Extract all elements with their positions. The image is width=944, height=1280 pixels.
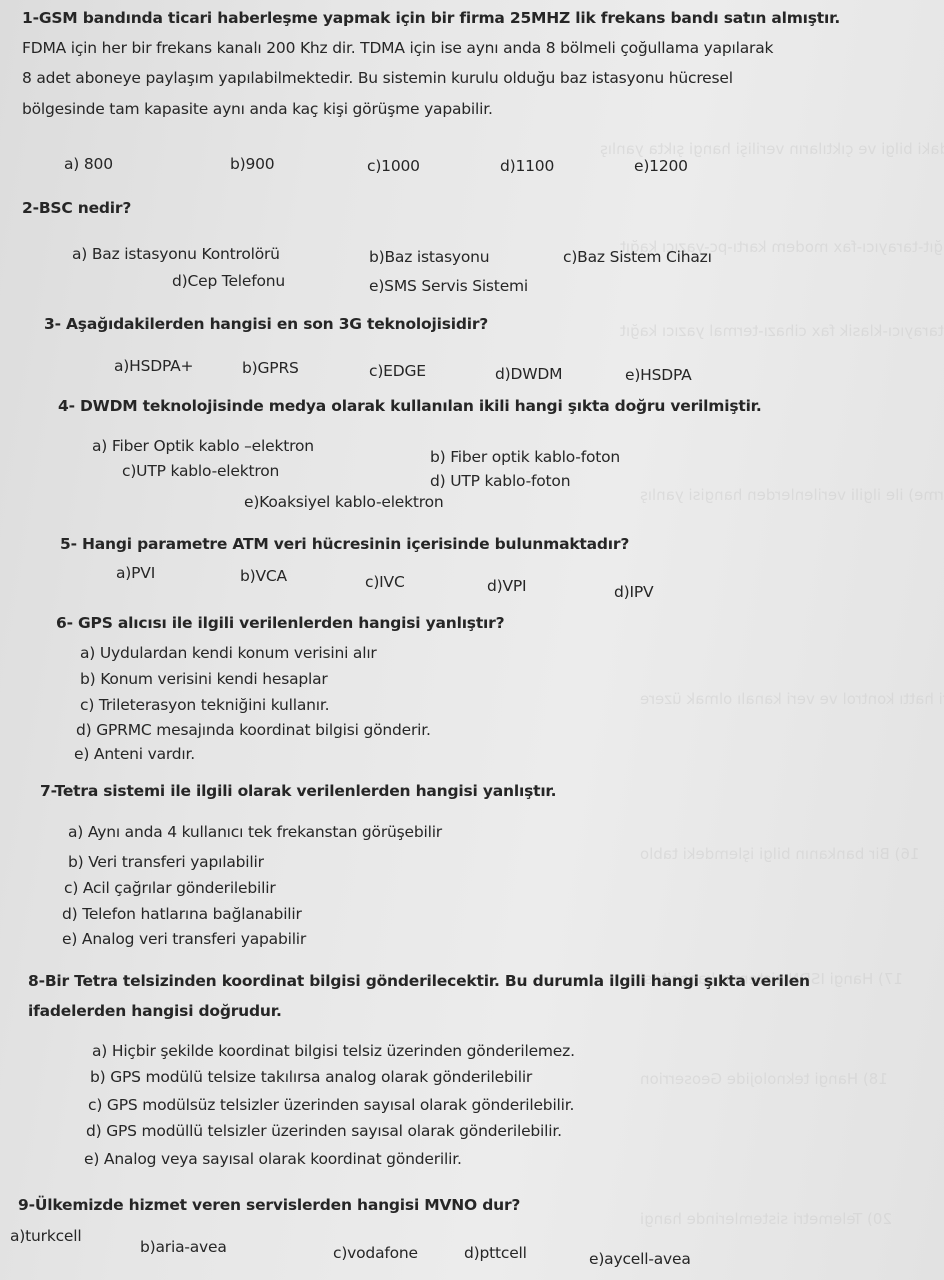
question-3-option-a: a)HSDPA+ (114, 357, 193, 375)
question-4-option-e: e)Koaksiyel kablo-elektron (244, 493, 444, 511)
bleed-through-text: 18) Hangi teknolojide Geoserrion (640, 1070, 888, 1088)
question-2-option-b: b)Baz istasyonu (369, 248, 489, 266)
question-6-stem: 6- GPS alıcısı ile ilgili verilenlerden … (56, 614, 504, 632)
bleed-through-text: 14- Interleaving (iç içe geçirme) ile il… (640, 486, 944, 504)
question-6-option-e: e) Anteni vardır. (74, 745, 195, 763)
question-8-option-a: a) Hiçbir şekilde koordinat bilgisi tels… (92, 1042, 575, 1060)
question-4-option-b: b) Fiber optik kablo-foton (430, 448, 620, 466)
question-3-option-b: b)GPRS (242, 359, 299, 377)
question-8-option-e: e) Analog veya sayısal olarak koordinat … (84, 1150, 462, 1168)
bleed-through-text: 15-Bir veri hattı kontrol ve veri kanalı… (640, 690, 944, 708)
question-1-option-b: b)900 (230, 155, 274, 173)
question-9-option-d: d)pttcell (464, 1244, 527, 1262)
question-4-option-a: a) Fiber Optik kablo –elektron (92, 437, 314, 455)
question-2-option-e: e)SMS Servis Sistemi (369, 277, 528, 295)
question-5-option-e: d)IPV (614, 583, 653, 601)
question-2-option-a: a) Baz istasyonu Kontrolörü (72, 245, 280, 263)
bleed-through-text: 12- Fax cihazı ile ilgili olarak aşağıda… (600, 140, 944, 158)
question-6-option-a: a) Uydulardan kendi konum verisini alır (80, 644, 377, 662)
question-7-option-c: c) Acil çağrılar gönderilebilir (64, 879, 276, 897)
question-1-stem-line-4: bölgesinde tam kapasite aynı anda kaç ki… (22, 100, 493, 118)
question-3-option-e: e)HSDPA (625, 366, 692, 384)
question-7-stem: 7-Tetra sistemi ile ilgili olarak verile… (40, 782, 556, 800)
question-1-stem-line-1: 1-GSM bandında ticari haberleşme yapmak … (22, 9, 840, 27)
question-5-option-b: b)VCA (240, 567, 287, 585)
question-3-option-c: c)EDGE (369, 362, 426, 380)
question-9-option-c: c)vodafone (333, 1244, 418, 1262)
question-2-stem: 2-BSC nedir? (22, 199, 131, 217)
question-7-option-d: d) Telefon hatlarına bağlanabilir (62, 905, 302, 923)
question-8-stem-line-2: ifadelerden hangisi doğrudur. (28, 1002, 282, 1020)
question-2-option-d: d)Cep Telefonu (172, 272, 285, 290)
bleed-through-text: 20) Telemetri sistemlerinde hangi (640, 1210, 892, 1228)
question-4-option-c: c)UTP kablo-elektron (122, 462, 279, 480)
question-6-option-c: c) Trileterasyon tekniğini kullanır. (80, 696, 329, 714)
question-7-option-b: b) Veri transferi yapılabilir (68, 853, 264, 871)
question-1-option-d: d)1100 (500, 157, 554, 175)
question-4-stem: 4- DWDM teknolojisinde medya olarak kull… (58, 397, 762, 415)
question-4-option-d: d) UTP kablo-foton (430, 472, 570, 490)
question-8-option-c: c) GPS modülsüz telsizler üzerinden sayı… (88, 1096, 574, 1114)
question-7-option-e: e) Analog veri transferi yapabilir (62, 930, 306, 948)
question-9-option-a: a)turkcell (10, 1227, 81, 1245)
question-7-option-a: a) Aynı anda 4 kullanıcı tek frekanstan … (68, 823, 442, 841)
question-1-stem-line-3: 8 adet aboneye paylaşım yapılabilmektedi… (22, 69, 733, 87)
question-5-stem: 5- Hangi parametre ATM veri hücresinin i… (60, 535, 629, 553)
bleed-through-text: 16) Bir bankanın bilgi işlemdeki tablo (640, 845, 920, 863)
question-5-option-d: d)VPI (487, 577, 526, 595)
question-5-option-c: c)IVC (365, 573, 405, 591)
question-8-option-d: d) GPS modüllü telsizler üzerinden sayıs… (86, 1122, 562, 1140)
question-6-option-b: b) Konum verisini kendi hesaplar (80, 670, 328, 688)
question-8-stem-line-1: 8-Bir Tetra telsizinden koordinat bilgis… (28, 972, 810, 990)
question-9-option-e: e)aycell-avea (589, 1250, 691, 1268)
question-1-option-a: a) 800 (64, 155, 113, 173)
question-9-stem: 9-Ülkemizde hizmet veren servislerden ha… (18, 1196, 520, 1214)
exam-sheet: 12- Fax cihazı ile ilgili olarak aşağıda… (0, 0, 944, 1280)
question-6-option-d: d) GPRMC mesajında koordinat bilgisi gön… (76, 721, 431, 739)
question-1-option-e: e)1200 (634, 157, 688, 175)
question-9-option-b: b)aria-avea (140, 1238, 227, 1256)
question-3-stem: 3- Aşağıdakilerden hangisi en son 3G tek… (44, 315, 488, 333)
question-3-option-d: d)DWDM (495, 365, 562, 383)
bleed-through-text: d)kağıt-tarayıcı-klasik fax cihazı-terma… (620, 322, 944, 340)
question-5-option-a: a)PVI (116, 564, 155, 582)
question-1-option-c: c)1000 (367, 157, 420, 175)
question-2-option-c: c)Baz Sistem Cihazı (563, 248, 712, 266)
question-8-option-b: b) GPS modülü telsize takılırsa analog o… (90, 1068, 532, 1086)
question-1-stem-line-2: FDMA için her bir frekans kanalı 200 Khz… (22, 39, 773, 57)
